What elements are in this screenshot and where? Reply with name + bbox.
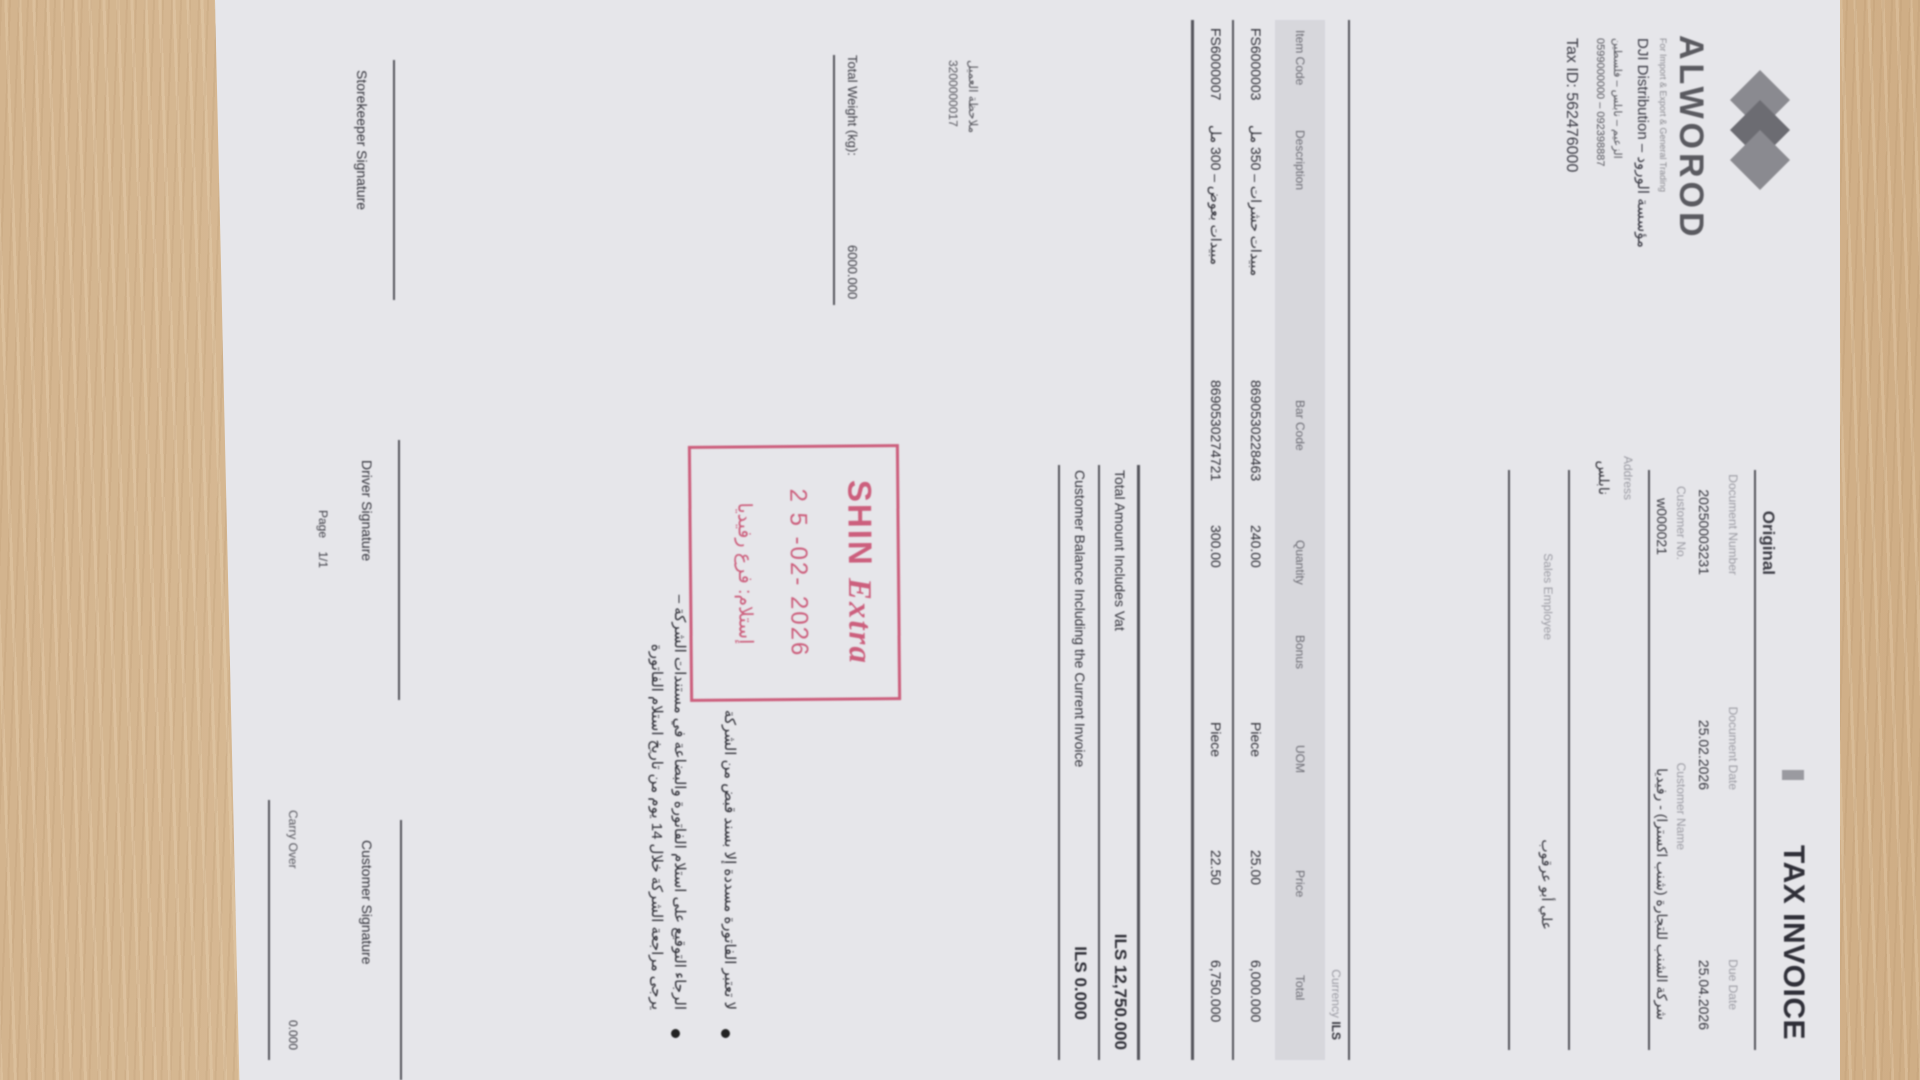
company-distributor: DJI Distribution – مؤسسة الورود	[1634, 38, 1652, 248]
carry-over-label: Carry Over	[286, 810, 300, 869]
tax-id-value: 562476000	[1563, 92, 1580, 172]
cell-description: مبيدات حشرات – 350 مل	[1247, 125, 1264, 276]
driver-signature-label: Driver Signature	[359, 460, 375, 561]
company-name: ALWOROD	[1671, 35, 1710, 241]
sales-employee: علي أبو عرقوب	[1538, 839, 1555, 930]
document-number: 20250003231	[1696, 489, 1712, 575]
cell-price: 25.00	[1248, 850, 1264, 885]
total-vat-label: Total Amount Includes Vat	[1112, 470, 1128, 631]
customer-signature-label: Customer Signature	[359, 840, 375, 965]
sales-employee-label: Sales Employee	[1541, 553, 1555, 640]
cell-uom: Piece	[1208, 722, 1224, 757]
cell-item-code: FS6000007	[1208, 28, 1224, 100]
th-bonus: Bonus	[1293, 635, 1307, 669]
stamp-brand: SHIN Extra	[839, 447, 880, 697]
invoice-page: ALWOROD For Import & Export & General Tr…	[215, 0, 1840, 1080]
cell-quantity: 300.00	[1208, 525, 1224, 568]
th-quantity: Quantity	[1293, 540, 1307, 585]
customer-name: شركة الشنب للتجارة (شنب اكسترا) - رفيديا	[1653, 600, 1670, 1020]
company-tagline: For Import & Export & General Trading	[1658, 38, 1668, 192]
document-date-label: Document Date	[1726, 707, 1740, 790]
customer-no: w000021	[1654, 498, 1670, 555]
document-title: TAX INVOICE	[1776, 845, 1810, 1040]
company-address-2: 0599000000 – 092398887	[1594, 38, 1606, 166]
stamp-branch: إستلام: فرع رفيديا	[732, 448, 757, 698]
customer-balance-value: ILS 0.000	[1070, 946, 1090, 1020]
note-bullet-icon	[721, 1029, 730, 1038]
th-bar-code: Bar Code	[1293, 400, 1307, 451]
th-description: Description	[1293, 130, 1307, 190]
alworod-logo-icon	[1720, 70, 1800, 190]
remarks-label: ملاحظة العميل	[966, 60, 980, 133]
invoice-paper: ALWOROD For Import & Export & General Tr…	[215, 0, 1840, 1080]
total-weight-value: 6000.000	[845, 245, 860, 299]
document-number-label: Document Number	[1726, 474, 1740, 575]
th-price: Price	[1293, 870, 1307, 897]
remarks-ref: 3200000017	[946, 60, 960, 127]
tax-id-label: Tax ID:	[1563, 38, 1580, 88]
cell-bar-code: 8690530228463	[1248, 380, 1264, 481]
th-total: Total	[1293, 975, 1307, 1000]
carry-over-value: 0.000	[286, 1020, 300, 1050]
page-label: Page	[316, 510, 330, 538]
customer-no-label: Customer No.	[1674, 486, 1688, 560]
currency: Currency ILS	[1329, 969, 1343, 1040]
note-bullet-icon	[671, 1029, 680, 1038]
document-date: 25.02.2026	[1696, 720, 1712, 790]
cell-uom: Piece	[1248, 722, 1264, 757]
stamp-date: 2 5 -02- 2026	[783, 448, 813, 698]
note-2: الرجاء التوقيع على استلام الفاتورة والبض…	[645, 590, 690, 1010]
address-label: Address	[1621, 456, 1635, 500]
cell-item-code: FS6000003	[1248, 28, 1264, 100]
customer-balance-label: Customer Balance Including the Current I…	[1072, 470, 1088, 767]
cell-bar-code: 8690530274721	[1208, 380, 1224, 481]
page-indicator: Page 1/1	[316, 510, 330, 568]
copy-type: Original	[1758, 511, 1778, 575]
company-tax-id: Tax ID: 562476000	[1562, 38, 1580, 172]
items-table-header: Item Code Description Bar Code Quantity …	[1275, 20, 1325, 1060]
currency-label: Currency	[1329, 969, 1343, 1018]
cell-total: 6,000.000	[1248, 960, 1264, 1022]
cell-total: 6,750.000	[1208, 960, 1224, 1022]
cell-price: 22.50	[1208, 850, 1224, 885]
customer-name-label: Customer Name	[1674, 763, 1688, 850]
currency-value: ILS	[1329, 1021, 1343, 1040]
company-address-1: الزعيم – نابلس – فلسطين	[1611, 38, 1624, 159]
cell-description: مبيدات بعوض – 300 مل	[1207, 125, 1224, 265]
title-marker	[1782, 770, 1804, 780]
cell-quantity: 240.00	[1248, 525, 1264, 568]
page-value: 1/1	[316, 551, 330, 568]
due-date: 25.04.2026	[1696, 960, 1712, 1030]
total-weight-label: Total Weight (kg):	[845, 55, 860, 156]
th-uom: UOM	[1293, 745, 1307, 773]
th-item-code: Item Code	[1293, 30, 1307, 85]
received-stamp: SHIN Extra 2 5 -02- 2026 إستلام: فرع رفي…	[688, 444, 901, 702]
storekeeper-signature-label: Storekeeper Signature	[354, 70, 370, 210]
due-date-label: Due Date	[1726, 959, 1740, 1010]
total-vat-value: ILS 12,750.000	[1110, 934, 1130, 1050]
address-value: نابلس	[1595, 460, 1612, 495]
